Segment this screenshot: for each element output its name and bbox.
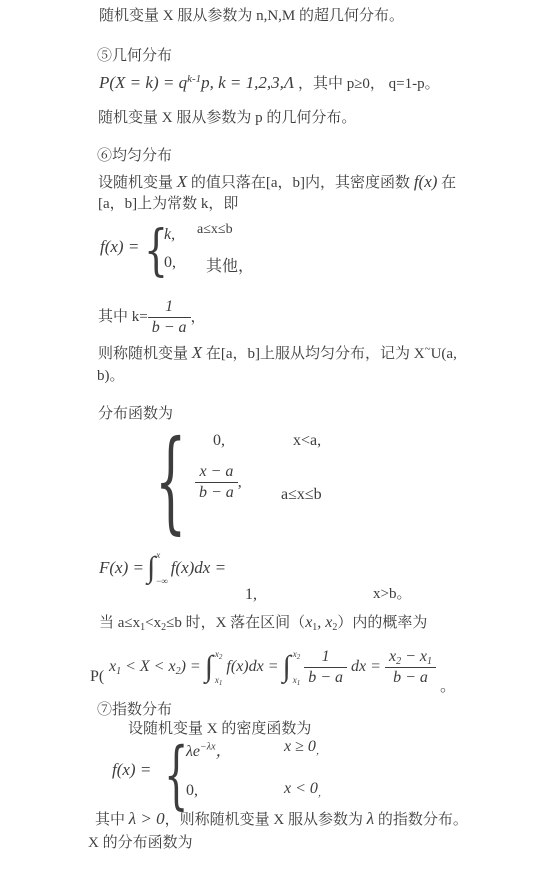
math-text: < X < x [121, 658, 175, 675]
sec5-formula: P(X = k) = qk-1p, k = 1,2,3,Λ ，其中 p≥0， q… [99, 72, 440, 95]
cdf-lhs: F(x) = [99, 558, 144, 578]
integral-sign: ∫ [283, 652, 291, 682]
lambda-condition: λ > 0 [129, 809, 165, 828]
sec6-heading: ⑥均匀分布 [97, 146, 172, 167]
density-fraction: 1b − a [304, 648, 347, 687]
case1-value: k, [164, 226, 175, 244]
cdf-cases: { 0, x<a, x − ab − a, a≤x≤b [155, 424, 415, 538]
exponential-density-cases: f(x) = { λe−λx， x ≥ 0， 0, x < 0， [112, 738, 392, 808]
probability-formula: P( x1 < X < x2) = ∫ x2x1 f(x)dx = ∫ x2x1… [88, 640, 528, 694]
left-brace: { [155, 426, 186, 536]
integral-sign: ∫ [147, 553, 155, 583]
lower-bound: −∞ [156, 576, 168, 586]
cdf-case3-value: 1, [245, 584, 257, 605]
intro-text: 设随机变量 [98, 175, 173, 191]
uniform-note-line2: b)。 [97, 366, 125, 387]
case2-condition: x < 0， [284, 780, 328, 798]
lambda-symbol: λ [367, 809, 374, 828]
formula-tail: ，其中 p≥0， q=1-p。 [298, 76, 440, 92]
comma: ， [318, 788, 328, 799]
bound-subscript: 1 [219, 679, 223, 687]
exponent: −λx [200, 742, 216, 753]
uniform-density-cases: f(x) = { k, a≤x≤b 0, 其他， [100, 222, 330, 280]
k-label: 其中 k= [98, 309, 148, 325]
sec6-intro-line2: [a，b]上为常数 k，即 [98, 194, 238, 215]
probability-intro: 当 a≤x1<x2≤b 时，X 落在区间（x1, x2）内的概率为 [99, 612, 427, 634]
final-line: X 的分布函数为 [88, 833, 193, 854]
fraction-denominator: b − a [304, 668, 347, 687]
note-text: 在[a，b]上服从均匀分布，记为 X [206, 346, 425, 362]
intro-text: ≤b 时，X 落在区间（ [166, 615, 305, 631]
cdf-case2-condition: a≤x≤b [281, 486, 322, 504]
probability-formula-body: x1 < X < x2) = ∫ x2x1 f(x)dx = ∫ x2x1 1b… [109, 640, 456, 694]
case1-condition: x ≥ 0， [284, 738, 326, 756]
fraction-denominator: b − a [195, 483, 238, 502]
intro-text: 在 [441, 175, 456, 191]
k-fraction: 1b − a [148, 298, 191, 337]
fx-symbol: f(x) [414, 172, 438, 191]
bound-subscript: 1 [297, 679, 301, 687]
integrand: f(x)dx = [226, 658, 278, 676]
bound-subscript: 2 [219, 653, 223, 661]
left-brace: { [164, 738, 188, 812]
formula-superscript: k-1 [187, 73, 201, 85]
integral-bounds: x2x1 [293, 648, 301, 686]
integral-sign: ∫ [205, 652, 213, 682]
fraction-numerator: 1 [148, 298, 191, 318]
math-text: λe [186, 743, 200, 760]
var-x: X [192, 343, 202, 362]
note-text: 其中 [95, 812, 125, 828]
comma: , [238, 473, 242, 490]
dx-equals: dx = [351, 658, 381, 676]
intro-text: 的值只落在[a，b]内，其密度函数 [191, 175, 410, 191]
note-text: U(a, [431, 346, 457, 362]
exponential-note: 其中 λ > 0，则称随机变量 X 服从参数为 λ 的指数分布。 [95, 808, 468, 831]
intro-text: ）内的概率为 [337, 615, 427, 631]
sec6-intro-line1: 设随机变量 X 的值只落在[a，b]内，其密度函数 f(x) 在 [98, 171, 456, 194]
lower-bound: x1 [215, 675, 223, 685]
event-expression: x1 < X < x2) = [109, 658, 201, 676]
sec5-heading: ⑤几何分布 [97, 46, 172, 67]
note-text: 则称随机变量 [98, 346, 188, 362]
note-text: ，则称随机变量 X 服从参数为 [165, 812, 363, 828]
math-text: x ≥ 0 [284, 738, 316, 755]
math-text: ) = [181, 658, 201, 675]
upper-bound: x2 [293, 649, 301, 659]
comma: ， [316, 746, 326, 757]
math-x2: , x [317, 614, 332, 631]
integral-bounds: x2x1 [215, 648, 223, 686]
fraction-denominator: b − a [148, 318, 191, 337]
sec7-heading: ⑦指数分布 [97, 700, 172, 721]
case2-value: 0, [164, 254, 176, 272]
case2-condition: 其他， [206, 253, 254, 276]
note-text: 的指数分布。 [378, 812, 468, 828]
cdf-formula: F(x) = ∫ x−∞ f(x)dx = [99, 548, 226, 588]
period: 。 [440, 680, 456, 694]
sec5-note: 随机变量 X 服从参数为 p 的几何分布。 [98, 108, 356, 129]
lower-bound: x1 [293, 675, 301, 685]
k-definition: 其中 k=1b − a， [98, 296, 206, 339]
case1-value: λe−λx， [186, 738, 232, 761]
bound-subscript: 2 [297, 653, 301, 661]
sec7-intro: 设随机变量 X 的密度函数为 [128, 719, 311, 740]
uniform-note-line1: 则称随机变量 X 在[a，b]上服从均匀分布，记为 X~U(a, [98, 342, 457, 365]
result-fraction: x2 − x1b − a [385, 648, 436, 687]
cdf-case2-value: x − ab − a, [195, 462, 242, 502]
document-page: 随机变量 X 服从参数为 n,N,M 的超几何分布。 ⑤几何分布 P(X = k… [0, 0, 556, 871]
cdf-fraction: x − ab − a [195, 463, 238, 502]
intro-text: 当 a≤x [99, 615, 140, 631]
upper-bound: x [156, 550, 168, 560]
cdf-case1-condition: x<a, [293, 432, 321, 450]
hypergeometric-note: 随机变量 X 服从参数为 n,N,M 的超几何分布。 [99, 6, 404, 27]
cdf-case3-condition: x>b。 [373, 584, 411, 605]
density-lhs: f(x) = [112, 760, 151, 780]
fraction-denominator: b − a [385, 668, 436, 687]
math-text: − x [401, 648, 427, 665]
case1-condition: a≤x≤b [197, 222, 233, 238]
density-lhs: f(x) = [100, 237, 139, 257]
comma: ， [216, 743, 232, 760]
intro-text: <x [145, 615, 161, 631]
math-text: x [389, 648, 396, 665]
p-open: P( [90, 668, 104, 686]
cdf-case1-value: 0, [213, 432, 225, 450]
fraction-numerator: x − a [195, 463, 238, 483]
subscript: 1 [427, 656, 432, 667]
cdf-rhs: f(x)dx = [171, 558, 226, 578]
case2-value: 0, [186, 782, 198, 800]
comma: ， [191, 310, 206, 326]
formula-lhs: P(X = k) = q [99, 73, 187, 92]
integral-bounds: x−∞ [156, 549, 168, 587]
var-x: X [177, 172, 187, 191]
fraction-numerator: 1 [304, 648, 347, 668]
upper-bound: x2 [215, 649, 223, 659]
math-text: x < 0 [284, 780, 318, 797]
fraction-numerator: x2 − x1 [385, 648, 436, 668]
formula-mid: p, k = 1,2,3,Λ [201, 73, 294, 92]
